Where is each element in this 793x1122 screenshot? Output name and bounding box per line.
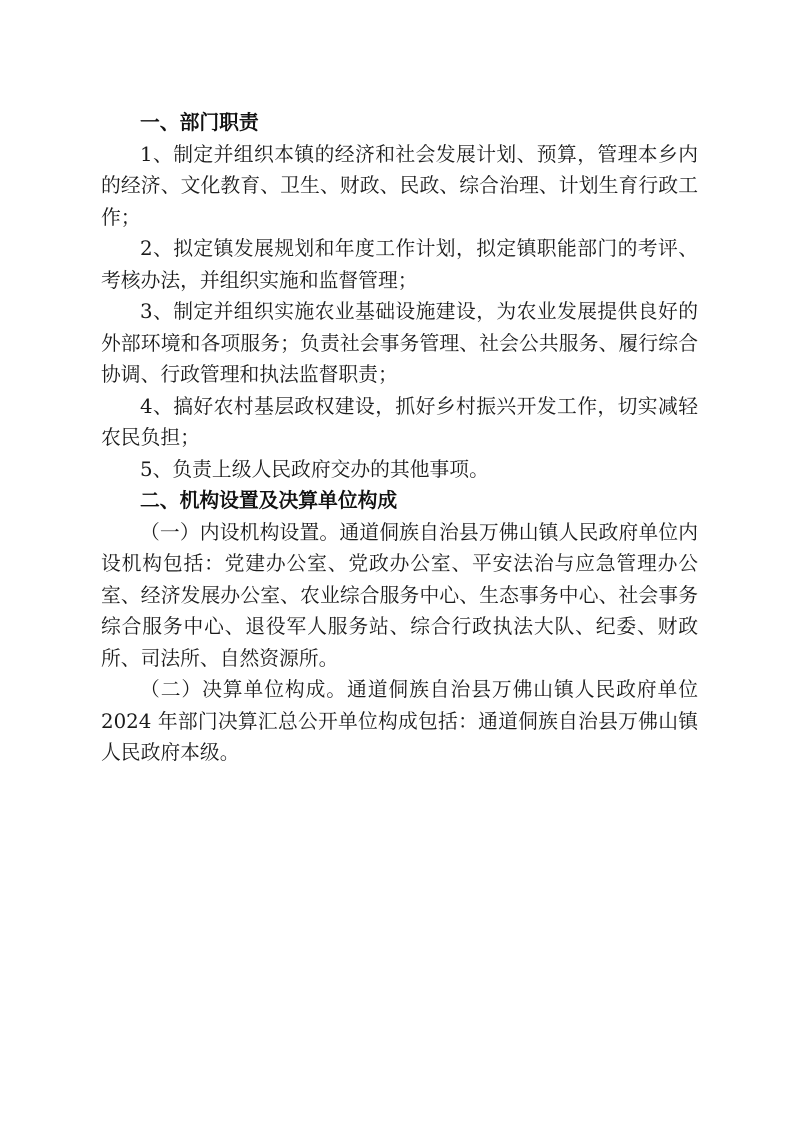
- duty-item-5: 5、负责上级人民政府交办的其他事项。: [101, 454, 698, 486]
- internal-structure-paragraph: （一）内设机构设置。通道侗族自治县万佛山镇人民政府单位内设机构包括：党建办公室、…: [101, 517, 698, 675]
- accounting-unit-paragraph: （二）决算单位构成。通道侗族自治县万佛山镇人民政府单位 2024 年部门决算汇总…: [101, 674, 698, 769]
- duty-item-4: 4、搞好农村基层政权建设，抓好乡村振兴开发工作，切实减轻农民负担；: [101, 391, 698, 454]
- section-department-duties: 一、部门职责 1、制定并组织本镇的经济和社会发展计划、预算，管理本乡内的经济、文…: [101, 107, 698, 485]
- section-heading: 一、部门职责: [101, 107, 698, 139]
- duty-item-2: 2、拟定镇发展规划和年度工作计划，拟定镇职能部门的考评、考核办法，并组织实施和监…: [101, 233, 698, 296]
- section-organization: 二、机构设置及决算单位构成 （一）内设机构设置。通道侗族自治县万佛山镇人民政府单…: [101, 485, 698, 769]
- section-heading: 二、机构设置及决算单位构成: [101, 485, 698, 517]
- duty-item-3: 3、制定并组织实施农业基础设施建设，为农业发展提供良好的外部环境和各项服务；负责…: [101, 296, 698, 391]
- document-page: 一、部门职责 1、制定并组织本镇的经济和社会发展计划、预算，管理本乡内的经济、文…: [101, 107, 698, 769]
- duty-item-1: 1、制定并组织本镇的经济和社会发展计划、预算，管理本乡内的经济、文化教育、卫生、…: [101, 139, 698, 234]
